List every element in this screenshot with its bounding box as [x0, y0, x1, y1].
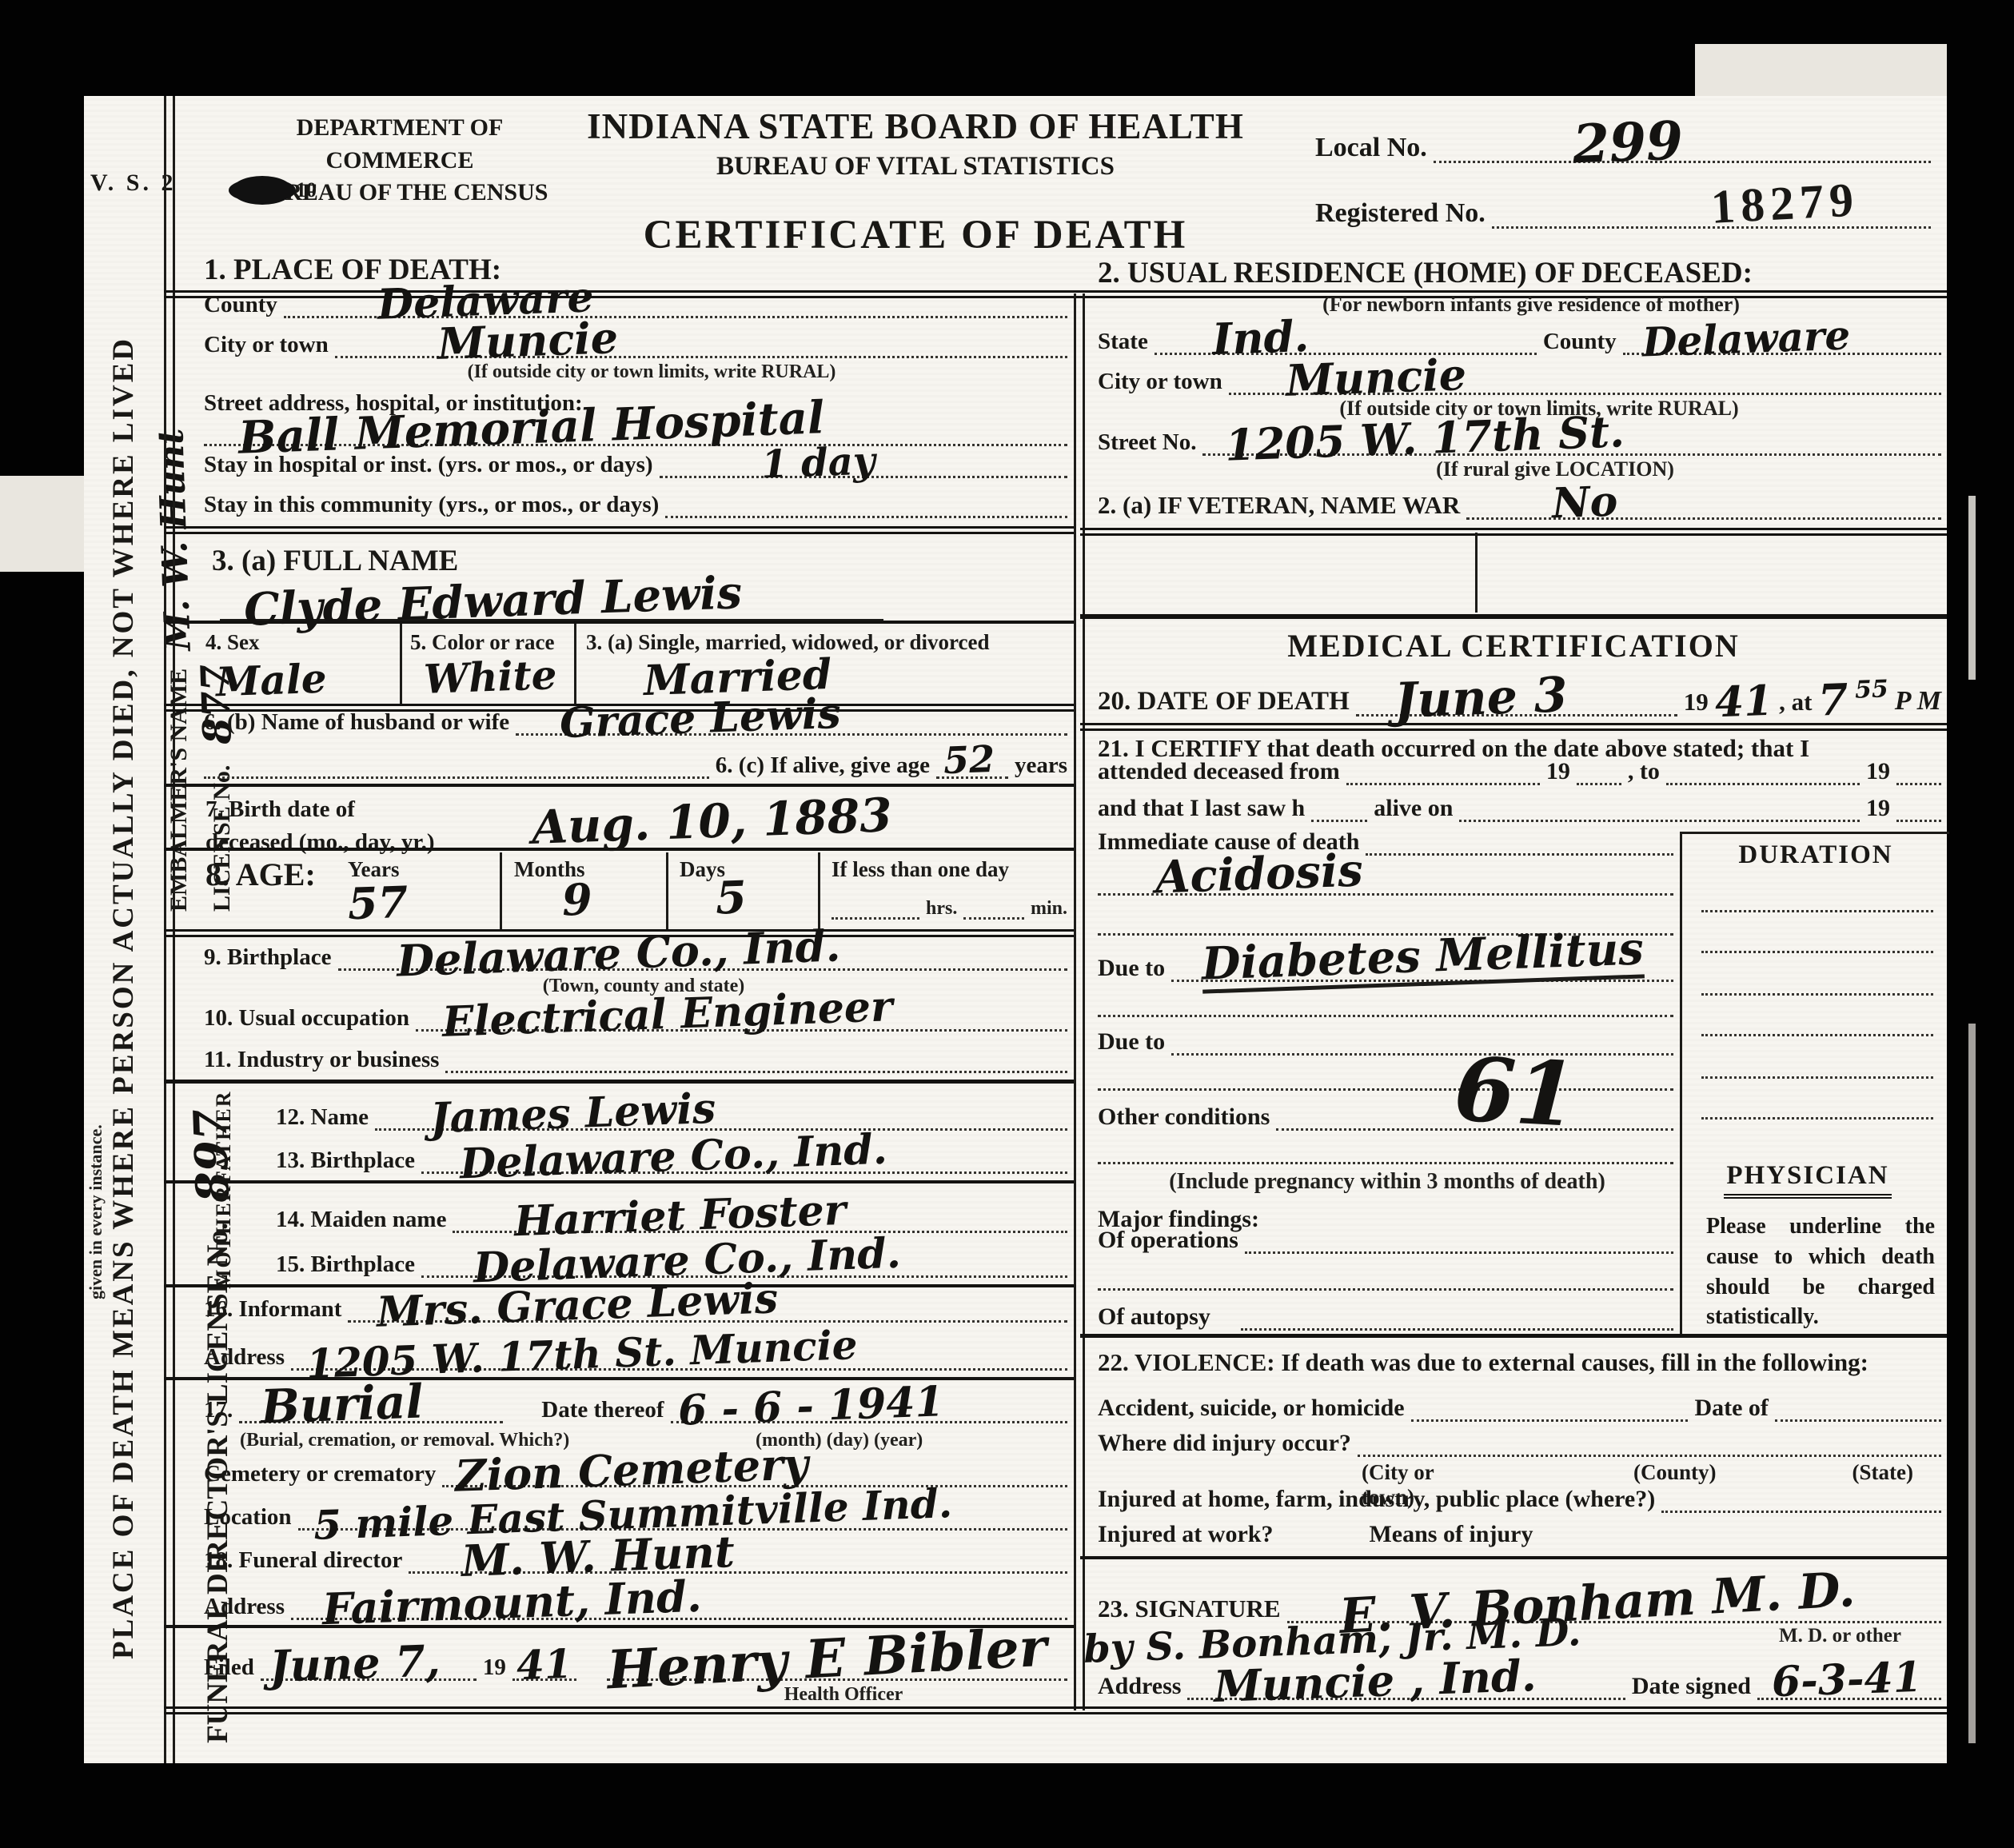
death-year-value: 41	[1714, 681, 1773, 724]
birthplace-line: 9. Birthplace Delaware Co., Ind.	[204, 932, 1067, 971]
city-line: City or town Muncie	[204, 321, 1067, 358]
alive-on-label: alive on	[1374, 795, 1453, 822]
medical-certification-heading: MEDICAL CERTIFICATION	[1080, 627, 1947, 665]
father-birthplace-line: 13. Birthplace Delaware Co., Ind.	[276, 1136, 1067, 1174]
spouse-age-field: 52	[936, 772, 1008, 779]
residence-heading: 2. USUAL RESIDENCE (HOME) OF DECEASED:	[1098, 256, 1753, 290]
father-birthplace-label: 13. Birthplace	[276, 1148, 415, 1174]
county-field: Delaware	[284, 311, 1067, 318]
veteran-rule	[1080, 528, 1947, 536]
father-name-line: 12. Name James Lewis	[276, 1092, 1067, 1131]
age-divider-2	[666, 852, 668, 929]
residence-county-field: Delaware	[1623, 348, 1941, 355]
birthplace-label: 9. Birthplace	[204, 944, 332, 971]
local-no-field: 299	[1434, 156, 1931, 163]
residence-state-label: State	[1098, 329, 1148, 355]
informant-address-field: 1205 W. 17th St. Muncie	[291, 1363, 1067, 1371]
city-field: Muncie	[335, 351, 1067, 358]
race-marital-divider	[574, 624, 576, 704]
age-heading: 8. AGE:	[205, 856, 316, 893]
filed-label: Filed	[204, 1654, 254, 1681]
funeral-director-line: 18. Funeral director M. W. Hunt	[204, 1535, 1067, 1574]
medical-top-rule	[1080, 614, 1947, 619]
spouse-age-value: 52	[943, 740, 995, 779]
age-months-value: 9	[561, 877, 592, 921]
due1-label: Due to	[1098, 955, 1165, 982]
date-of-death-line: 20. DATE OF DEATH June 3 1941 , at 755 P…	[1098, 665, 1941, 716]
attended-19a-field	[1577, 778, 1621, 785]
scan-white-gap	[0, 476, 84, 572]
attended-line: attended deceased from 19 , to 19	[1098, 753, 1941, 785]
margin-given-note: given in every instance.	[86, 1124, 106, 1299]
full-name-rule	[164, 621, 1074, 624]
stay-community-line: Stay in this community (yrs., or mos., o…	[204, 481, 1067, 518]
cause-value-line: Acidosis	[1098, 860, 1673, 896]
injured-work-line: Injured at work? Means of injury	[1098, 1521, 1941, 1548]
veteran-label: 2. (a) IF VETERAN, NAME WAR	[1098, 491, 1460, 520]
director-address-label: Address	[204, 1594, 285, 1620]
other-conditions-line: Other conditions	[1098, 1096, 1673, 1131]
spouse-field: Grace Lewis	[516, 728, 1067, 736]
burial-date-value: 6 - 6 - 1941	[678, 1381, 945, 1432]
stay-hospital-value: 1 day	[760, 442, 875, 485]
stay-hospital-line: Stay in hospital or inst. (yrs. or mos.,…	[204, 441, 1067, 478]
means-of-injury-label: Means of injury	[1369, 1521, 1533, 1548]
registered-no-label: Registered No.	[1315, 198, 1486, 229]
filed-date-value: June 7,	[269, 1638, 441, 1687]
spouse-age-suffix: years	[1015, 752, 1067, 779]
embalmer-name-value: M. W. Hunt	[154, 428, 197, 652]
of-autopsy-label: Of autopsy	[1098, 1303, 1210, 1331]
of-operations-line: Of operations	[1098, 1219, 1673, 1254]
filed-year-value: 41	[516, 1644, 572, 1686]
saw-19-field	[1896, 815, 1941, 822]
due1-field: Diabetes Mellitus	[1171, 975, 1673, 982]
last-saw-line: and that I last saw h alive on 19	[1098, 790, 1941, 822]
filed-line: Filed June 7, 19 41 Henry E Bibler	[204, 1634, 1067, 1681]
informant-line: 16. Informant Mrs. Grace Lewis	[204, 1284, 1067, 1323]
physician-label: PHYSICIAN	[1724, 1161, 1892, 1199]
residence-county-label: County	[1543, 329, 1617, 355]
residence-county-value: Delaware	[1641, 315, 1851, 362]
burial-line: 17. Burial Date thereof 6 - 6 - 1941	[204, 1382, 1067, 1423]
funeral-director-label: 18. Funeral director	[204, 1547, 402, 1574]
column-divider	[1074, 293, 1085, 1710]
filed-year-field: 41	[512, 1674, 576, 1681]
mother-maiden-field: Harriet Foster	[453, 1226, 1067, 1233]
age-hrs-field	[832, 912, 919, 920]
where-injury-label: Where did injury occur?	[1098, 1430, 1351, 1457]
sex-value: Male	[215, 659, 327, 703]
residence-city-value: Muncie	[1285, 353, 1467, 402]
operations-extra-field	[1098, 1283, 1673, 1291]
residence-street-note: (If rural give LOCATION)	[1331, 457, 1779, 481]
injured-work-label: Injured at work?	[1098, 1521, 1273, 1548]
duration-line-3	[1701, 988, 1933, 996]
mother-side-label: MOTHER	[212, 1185, 236, 1289]
date-signed-field: 6-3-41	[1757, 1693, 1941, 1700]
occupation-label: 10. Usual occupation	[204, 1005, 409, 1032]
sex-race-divider	[400, 624, 402, 704]
of-autopsy-line: Of autopsy	[1098, 1295, 1673, 1331]
stay-hospital-field: 1 day	[660, 471, 1067, 478]
residence-street-field: 1205 W. 17th St.	[1202, 449, 1941, 456]
local-no-value: 299	[1572, 114, 1684, 171]
attended-to-label: , to	[1628, 758, 1660, 785]
other-extra-line	[1098, 1132, 1673, 1164]
age-hrs-label: hrs.	[926, 898, 957, 920]
birthplace-value: Delaware Co., Ind.	[396, 924, 841, 982]
accident-field	[1411, 1415, 1689, 1422]
date-of-death-label: 20. DATE OF DEATH	[1098, 687, 1350, 716]
residence-state-county-line: State Ind. County Delaware	[1098, 315, 1941, 355]
department-line1: DEPARTMENT OF COMMERCE	[244, 112, 556, 177]
date-of-death-value: June 3	[1394, 671, 1568, 725]
stay-community-field	[665, 511, 1067, 518]
residence-street-label: Street No.	[1098, 429, 1196, 456]
scan-paper-corner	[1695, 44, 1947, 97]
burial-type-field: Burial	[239, 1416, 503, 1423]
accident-label: Accident, suicide, or homicide	[1098, 1395, 1405, 1422]
director-address-value: Fairmount, Ind.	[321, 1575, 702, 1631]
residence-city-line: City or town Muncie	[1098, 357, 1941, 395]
age-days-value: 5	[715, 875, 748, 920]
county-label: County	[204, 292, 277, 318]
father-name-label: 12. Name	[276, 1104, 369, 1131]
local-no-line: Local No. 299	[1315, 110, 1931, 163]
death-ampm-label: P M	[1895, 686, 1941, 716]
local-no-label: Local No.	[1315, 133, 1427, 163]
cause-value-field: Acidosis	[1098, 888, 1673, 896]
duration-line-4	[1701, 1029, 1933, 1036]
age-hours-line: hrs. min.	[832, 888, 1067, 920]
registered-no-value: 18279	[1709, 172, 1860, 235]
section1-bottom-rule	[164, 526, 1074, 534]
residence-city-field: Muncie	[1229, 388, 1941, 395]
father-name-field: James Lewis	[375, 1124, 1067, 1131]
margin-place-of-death-note: PLACE OF DEATH MEANS WHERE PERSON ACTUAL…	[106, 337, 141, 1659]
date-signed-value: 6-3-41	[1772, 1657, 1924, 1704]
duration-line-6	[1701, 1112, 1933, 1120]
attended-19a: 19	[1546, 758, 1570, 785]
operations-extra-line	[1098, 1259, 1673, 1291]
industry-label: 11. Industry or business	[204, 1047, 439, 1073]
scanned-document-background: V. S. 2 given in every instance. PLACE O…	[0, 0, 2014, 1848]
physician-address-field: Muncie , Ind.	[1187, 1693, 1625, 1700]
age-min-label: min.	[1031, 898, 1067, 920]
due1-extra-line	[1098, 985, 1673, 1017]
other-extra-field	[1098, 1157, 1673, 1164]
where-injury-field	[1358, 1450, 1941, 1457]
date-of-death-field: June 3	[1356, 709, 1677, 716]
last-saw-label: and that I last saw h	[1098, 795, 1305, 822]
age-min-field	[963, 912, 1024, 920]
date-of-label: Date of	[1694, 1395, 1768, 1422]
attended-19b-field	[1896, 778, 1941, 785]
burial-number: 17.	[204, 1397, 233, 1423]
injured-place-line: Injured at home, farm, industry, public …	[1098, 1481, 1941, 1513]
due2-extra-field: 61	[1098, 1084, 1673, 1091]
cause-value: Acidosis	[1155, 848, 1363, 900]
attended-to-field	[1666, 778, 1860, 785]
due2-extra-line: 61	[1098, 1059, 1673, 1091]
due2-line: Due to	[1098, 1020, 1673, 1056]
age-divider-3	[818, 852, 820, 929]
father-birthplace-value: Delaware Co., Ind.	[460, 1129, 888, 1186]
informant-address-label: Address	[204, 1344, 285, 1371]
board-title: INDIANA STATE BOARD OF HEALTH	[564, 106, 1267, 147]
father-rule	[164, 1180, 1074, 1183]
attended-from-field	[1346, 778, 1540, 785]
birthdate-label-line1: 7. Birth date of	[205, 793, 435, 826]
occupation-value: Electrical Engineer	[441, 986, 893, 1044]
director-address-field: Fairmount, Ind.	[291, 1613, 1067, 1620]
mother-birthplace-label: 15. Birthplace	[276, 1251, 415, 1278]
filed-date-field: June 7,	[261, 1674, 477, 1681]
occupation-line: 10. Usual occupation Electrical Engineer	[204, 993, 1067, 1032]
city-note: (If outside city or town limits, write R…	[348, 361, 955, 383]
certificate-title: CERTIFICATE OF DEATH	[564, 212, 1267, 258]
due1-value: Diabetes Mellitus	[1201, 926, 1645, 993]
registered-no-line: Registered No. 18279	[1315, 176, 1931, 229]
informant-field: Mrs. Grace Lewis	[348, 1315, 1067, 1323]
stay-community-label: Stay in this community (yrs., or mos., o…	[204, 492, 659, 518]
spouse-line: 6. (b) Name of husband or wife Grace Lew…	[204, 697, 1067, 736]
funeral-director-field: M. W. Hunt	[409, 1567, 1067, 1574]
physician-address-label: Address	[1098, 1673, 1181, 1700]
immediate-cause-leader	[1366, 848, 1673, 856]
mother-birthplace-line: 15. Birthplace Delaware Co., Ind.	[276, 1239, 1067, 1278]
burial-date-field: 6 - 6 - 1941	[671, 1416, 1067, 1423]
health-officer-signature-field: Henry E Bibler	[607, 1674, 1067, 1681]
full-name-field: Clyde Edward Lewis	[220, 573, 883, 622]
spouse-age-line: 6. (c) If alive, give age 52 years	[204, 742, 1067, 779]
attended-19b: 19	[1866, 758, 1890, 785]
industry-field	[445, 1066, 1067, 1073]
stay-hospital-label: Stay in hospital or inst. (yrs. or mos.,…	[204, 452, 653, 478]
death-at-label: , at	[1779, 688, 1812, 716]
due2-field	[1171, 1048, 1673, 1056]
age-divider-1	[500, 852, 502, 929]
due1-line: Due to Diabetes Mellitus	[1098, 940, 1673, 982]
city-value: Muncie	[437, 316, 619, 365]
bureau-title: BUREAU OF VITAL STATISTICS	[564, 152, 1267, 182]
accident-line: Accident, suicide, or homicide Date of	[1098, 1390, 1941, 1422]
empty-box-divider	[1475, 533, 1478, 613]
injured-place-label: Injured at home, farm, industry, public …	[1098, 1486, 1655, 1513]
duration-label: DURATION	[1682, 840, 1949, 870]
residence-state-value: Ind.	[1211, 314, 1310, 361]
header-title-block: INDIANA STATE BOARD OF HEALTH BUREAU OF …	[564, 106, 1267, 258]
date-of-field	[1775, 1415, 1941, 1422]
mother-maiden-label: 14. Maiden name	[276, 1207, 446, 1233]
spouse-age-leader	[204, 772, 709, 779]
death-year-prefix: 19	[1684, 688, 1709, 716]
informant-address-line: Address 1205 W. 17th St. Muncie	[204, 1332, 1067, 1371]
physician-note: Please underline the cause to which deat…	[1706, 1211, 1935, 1332]
filed-year-prefix: 19	[483, 1654, 506, 1681]
date-of-death-rule	[1080, 723, 1947, 731]
residence-street-line: Street No. 1205 W. 17th St.	[1098, 416, 1941, 456]
date-signed-label: Date signed	[1632, 1673, 1751, 1700]
signature-top-rule	[1080, 1556, 1947, 1559]
other-conditions-label: Other conditions	[1098, 1104, 1270, 1131]
director-address-line: Address Fairmount, Ind.	[204, 1582, 1067, 1620]
death-certificate-page: V. S. 2 given in every instance. PLACE O…	[84, 96, 1947, 1763]
of-autopsy-field	[1241, 1323, 1673, 1331]
spouse-label: 6. (b) Name of husband or wife	[204, 709, 509, 736]
sex-label: 4. Sex	[205, 630, 260, 655]
age-less-label: If less than one day	[832, 857, 1009, 882]
county-line: County Delaware	[204, 281, 1067, 318]
industry-rule	[164, 1080, 1074, 1084]
scan-white-sliver	[1968, 496, 1976, 680]
father-side-label: FATHER	[212, 1091, 236, 1183]
spouse-value: Grace Lewis	[560, 693, 842, 744]
duration-line-1	[1701, 905, 1933, 912]
registered-no-field: 18279	[1492, 222, 1931, 229]
city-label: City or town	[204, 332, 329, 358]
spouse-rule	[164, 784, 1074, 787]
mother-maiden-line: 14. Maiden name Harriet Foster	[276, 1195, 1067, 1233]
veteran-value: No	[1551, 481, 1618, 525]
attended-label: attended deceased from	[1098, 758, 1340, 785]
residence-city-label: City or town	[1098, 369, 1222, 395]
spouse-age-label: 6. (c) If alive, give age	[716, 752, 930, 779]
where-injury-line: Where did injury occur?	[1098, 1425, 1941, 1457]
pregnancy-note: (Include pregnancy within 3 months of de…	[1123, 1169, 1651, 1195]
birthplace-field: Delaware Co., Ind.	[338, 964, 1068, 971]
signature-label: 23. SIGNATURE	[1098, 1595, 1281, 1623]
bottom-rule	[164, 1706, 1947, 1714]
physician-address-value: Muncie , Ind.	[1213, 1654, 1537, 1708]
saw-19: 19	[1866, 795, 1890, 822]
census-stamp-icon	[232, 176, 293, 205]
census-stamp-number: 10	[296, 178, 317, 202]
age-years-value: 57	[347, 880, 409, 926]
md-or-other-label: M. D. or other	[1779, 1625, 1901, 1647]
physician-address-line: Address Muncie , Ind. Date signed 6-3-41	[1098, 1655, 1941, 1700]
other-conditions-field	[1276, 1124, 1673, 1131]
duration-box: DURATION PHYSICIAN Please underline the …	[1680, 832, 1949, 1336]
health-officer-label: Health Officer	[676, 1684, 1011, 1706]
duration-line-2	[1701, 946, 1933, 953]
violence-heading: 22. VIOLENCE: If death was due to extern…	[1098, 1345, 1897, 1381]
of-operations-label: Of operations	[1098, 1227, 1238, 1254]
birthdate-value: Aug. 10, 1883	[531, 792, 892, 851]
industry-line: 11. Industry or business	[204, 1038, 1067, 1073]
due1-extra-field	[1098, 1010, 1673, 1017]
cemetery-label: Cemetery or crematory	[204, 1461, 436, 1487]
burial-date-label: Date thereof	[541, 1397, 664, 1423]
veteran-field: No	[1466, 513, 1941, 520]
duration-line-5	[1701, 1072, 1933, 1079]
race-value: White	[423, 655, 557, 700]
of-operations-field	[1245, 1247, 1673, 1254]
margin-embalmer-line: EMBALMER'S NAME M. W. Hunt	[158, 429, 193, 912]
veteran-line: 2. (a) IF VETERAN, NAME WAR No	[1098, 481, 1941, 520]
burial-location-line: Location 5 mile East Summitville Ind.	[204, 1492, 1067, 1531]
informant-label: 16. Informant	[204, 1296, 341, 1323]
father-birthplace-field: Delaware Co., Ind.	[421, 1167, 1067, 1174]
burial-location-label: Location	[204, 1504, 292, 1531]
violence-top-rule	[1080, 1334, 1947, 1338]
occupation-field: Electrical Engineer	[416, 1024, 1067, 1032]
injured-place-field	[1661, 1506, 1941, 1513]
due2-label: Due to	[1098, 1028, 1165, 1056]
scan-white-sliver	[1968, 1024, 1976, 1743]
death-time-sup: 55	[1854, 677, 1888, 702]
birthdate-label-line2: deceased (mo., day, yr.)	[205, 826, 435, 859]
burial-type-value: Burial	[260, 1378, 424, 1430]
census-stamp: 10	[232, 176, 317, 205]
death-time-value: 7	[1817, 677, 1848, 721]
birthdate-rule	[164, 848, 1074, 851]
